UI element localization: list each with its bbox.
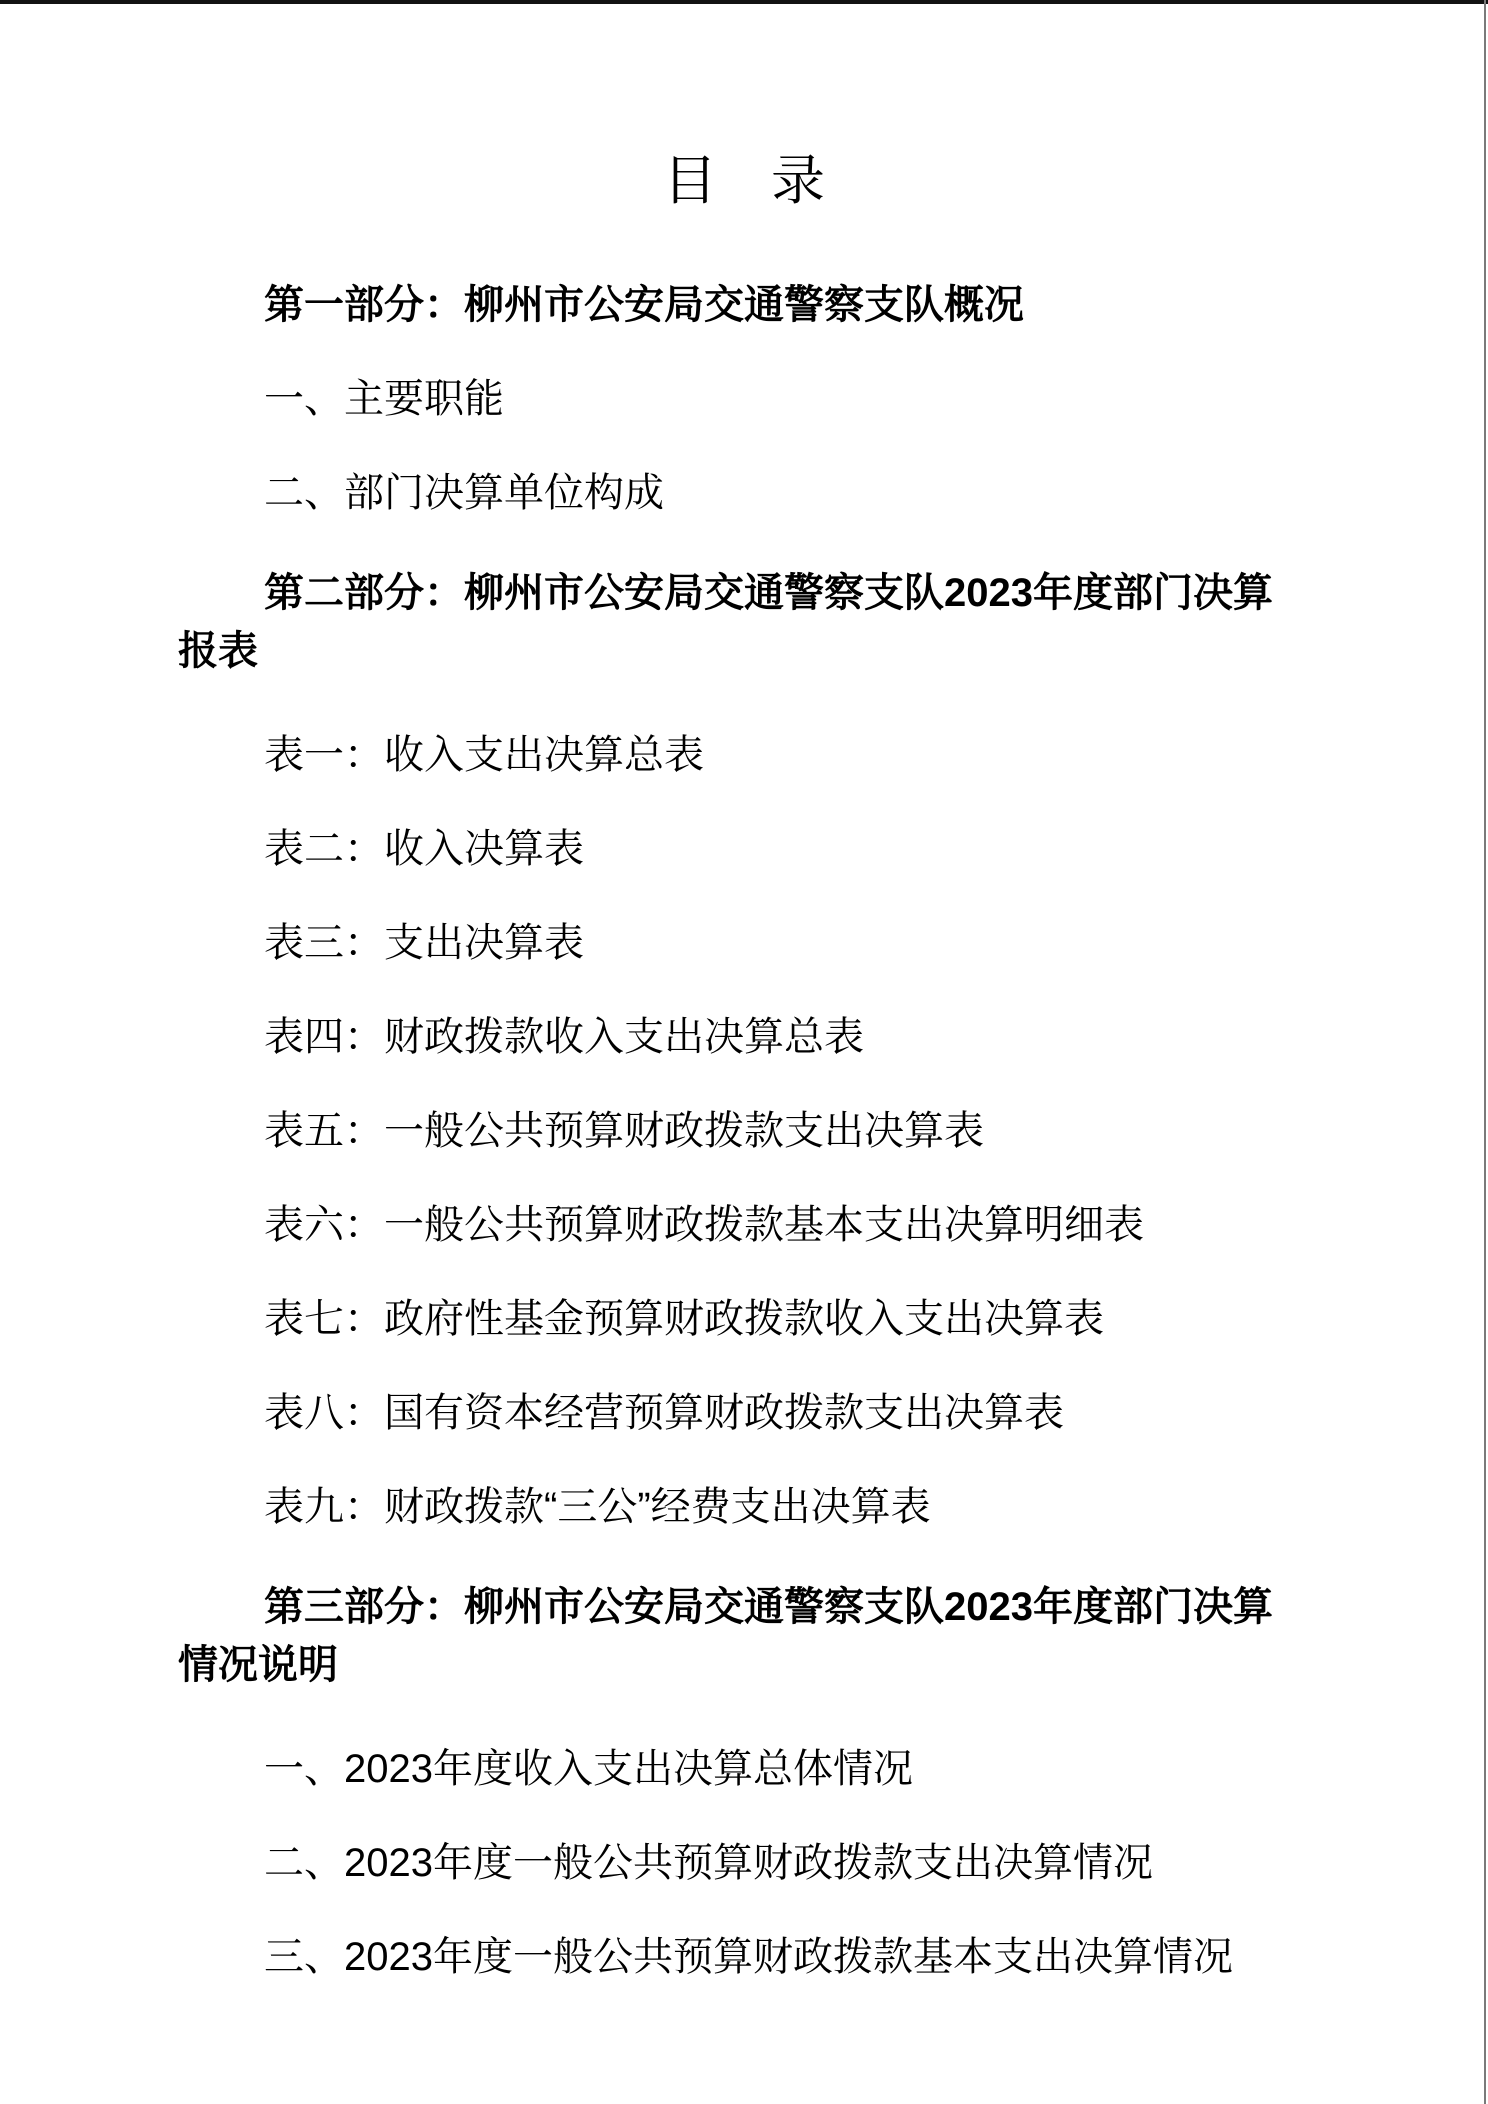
page-title: 目 录 (178, 148, 1310, 214)
toc-item: 表四：财政拨款收入支出决算总表 (178, 1008, 1310, 1066)
toc-content: 目 录 第一部分：柳州市公安局交通警察支队概况 一、主要职能 二、部门决算单位构… (178, 0, 1310, 1986)
section-3-heading: 第三部分：柳州市公安局交通警察支队2023年度部门决算情况说明 (178, 1578, 1310, 1694)
toc-item: 三、2023年度一般公共预算财政拨款基本支出决算情况 (178, 1928, 1310, 1986)
toc-item: 二、部门决算单位构成 (178, 464, 1310, 522)
toc-item: 表七：政府性基金预算财政拨款收入支出决算表 (178, 1290, 1310, 1348)
page-right-edge (1484, 0, 1486, 2104)
toc-item: 二、2023年度一般公共预算财政拨款支出决算情况 (178, 1834, 1310, 1892)
toc-item: 表五：一般公共预算财政拨款支出决算表 (178, 1102, 1310, 1160)
toc-item: 一、主要职能 (178, 370, 1310, 428)
toc-item: 表二：收入决算表 (178, 820, 1310, 878)
document-page: 目 录 第一部分：柳州市公安局交通警察支队概况 一、主要职能 二、部门决算单位构… (0, 0, 1488, 2104)
toc-item: 表九：财政拨款“三公”经费支出决算表 (178, 1478, 1310, 1536)
toc-item: 表八：国有资本经营预算财政拨款支出决算表 (178, 1384, 1310, 1442)
section-1-heading: 第一部分：柳州市公安局交通警察支队概况 (178, 276, 1310, 334)
toc-item: 一、2023年度收入支出决算总体情况 (178, 1740, 1310, 1798)
toc-item: 表六：一般公共预算财政拨款基本支出决算明细表 (178, 1196, 1310, 1254)
toc-item: 表三：支出决算表 (178, 914, 1310, 972)
toc-item: 表一：收入支出决算总表 (178, 726, 1310, 784)
section-2-heading: 第二部分：柳州市公安局交通警察支队2023年度部门决算报表 (178, 564, 1310, 680)
